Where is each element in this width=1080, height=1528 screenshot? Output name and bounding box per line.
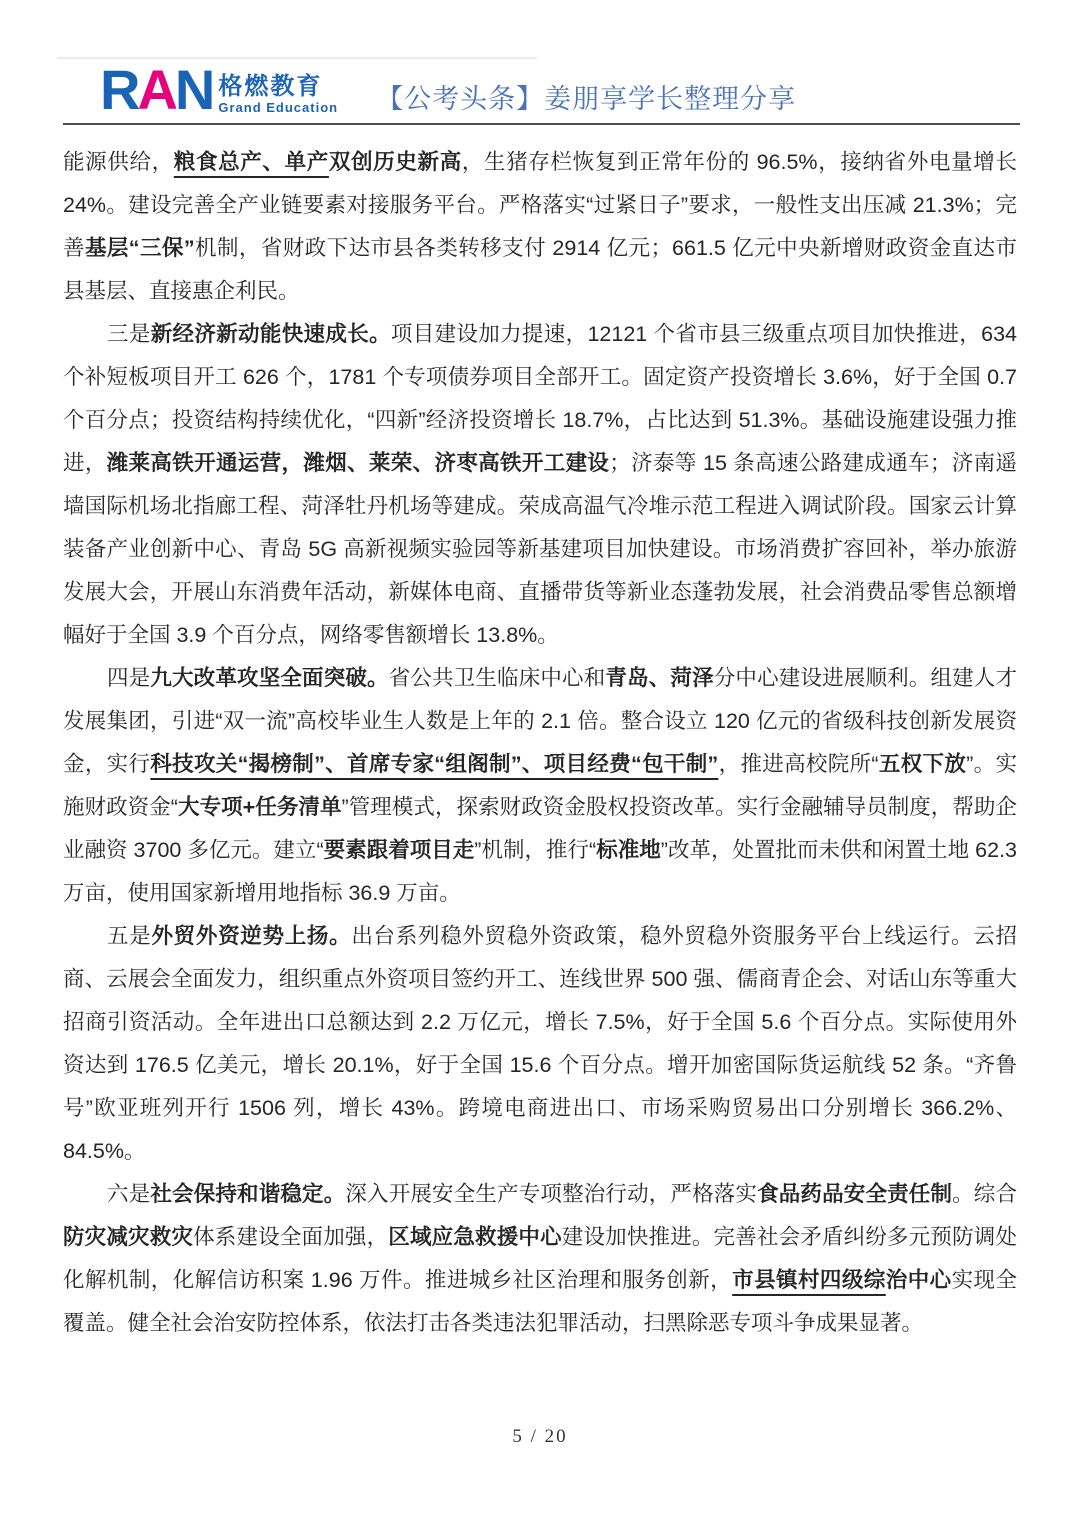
text-run: 防灾减灾救灾 — [63, 1225, 193, 1249]
text-run: 市县镇村四级综 — [732, 1268, 886, 1292]
text-run: 省公共卫生临床中心和 — [389, 666, 606, 690]
paragraph: 三是新经济新动能快速成长。项目建设加力提速，12121 个省市县三级重点项目加快… — [63, 313, 1017, 657]
page-number-current: 5 — [512, 1426, 524, 1447]
document-page: RAN 格燃教育 Grand Education 【公考头条】姜朋享学长整理分享… — [0, 0, 1080, 1528]
text-run: 粮食总产、单产 — [174, 150, 329, 174]
text-run: 四是 — [107, 666, 150, 690]
text-run: 能源供给， — [63, 150, 174, 174]
brand-name-cn: 格燃教育 — [218, 74, 338, 100]
text-run: 五是 — [107, 924, 151, 948]
header-row: RAN 格燃教育 Grand Education 【公考头条】姜朋享学长整理分享 — [63, 0, 1020, 125]
text-run: 深入开展安全生产专项整治行动，严格落实 — [345, 1182, 757, 1206]
text-run: ，推进高校院所“ — [718, 752, 878, 776]
text-run: 区域应急救援中心 — [388, 1225, 561, 1249]
page-footer: 5 / 20 — [0, 1426, 1080, 1448]
text-run: 标准地 — [596, 838, 661, 862]
document-body: 能源供给，粮食总产、单产双创历史新高，生猪存栏恢复到正常年份的 96.5%，接纳… — [63, 141, 1017, 1345]
text-run: 食品药品安全责任制 — [757, 1182, 952, 1206]
logo-letter-a: A — [137, 58, 174, 121]
text-run: 体系建设全面加强， — [193, 1225, 388, 1249]
paragraph: 四是九大改革攻坚全面突破。省公共卫生临床中心和青岛、菏泽分中心建设进展顺利。组建… — [63, 657, 1017, 915]
text-run: 青岛、菏泽 — [605, 666, 713, 690]
paragraph: 六是社会保持和谐稳定。深入开展安全生产专项整治行动，严格落实食品药品安全责任制。… — [63, 1173, 1017, 1345]
logo-letters-icon: RAN — [100, 62, 212, 118]
text-run: 外贸外资逆势上扬。 — [151, 924, 351, 948]
text-run: 三是 — [107, 322, 151, 346]
text-run: 九大改革攻坚全面突破。 — [150, 666, 388, 690]
paragraph: 能源供给，粮食总产、单产双创历史新高，生猪存栏恢复到正常年份的 96.5%，接纳… — [63, 141, 1017, 313]
paragraph: 五是外贸外资逆势上扬。出台系列稳外贸稳外资政策，稳外贸稳外资服务平台上线运行。云… — [63, 915, 1017, 1173]
text-run: 治中心 — [886, 1268, 952, 1292]
text-run: 新经济新动能快速成长。 — [151, 322, 391, 346]
text-run: ；济泰等 15 条高速公路建成通车；济南遥墙国际机场北指廊工程、菏泽牡丹机场等建… — [63, 451, 1017, 647]
text-run: 大专项+任务清单 — [178, 795, 342, 819]
text-run: 。综合 — [952, 1182, 1017, 1206]
text-run: 基层“三保” — [85, 236, 195, 260]
text-run: 五权下放 — [879, 752, 967, 776]
text-run: 出台系列稳外贸稳外资政策，稳外贸稳外资服务平台上线运行。云招商、云展会全面发力，… — [63, 924, 1017, 1163]
page-header: RAN 格燃教育 Grand Education 【公考头条】姜朋享学长整理分享 — [63, 0, 1020, 125]
text-run: 科技攻关“揭榜制”、首席专家“组阁制”、项目经费“包干制” — [150, 752, 718, 776]
header-tagline: 【公考头条】姜朋享学长整理分享 — [376, 77, 796, 118]
page-number-total: 20 — [545, 1426, 568, 1447]
text-run: 机制，省财政下达市县各类转移支付 2914 亿元；661.5 亿元中央新增财政资… — [63, 236, 1017, 303]
text-run: 双创历史新高 — [329, 150, 462, 174]
text-run: 社会保持和谐稳定。 — [150, 1182, 345, 1206]
logo-letter-n: N — [175, 58, 212, 121]
brand-name-en: Grand Education — [218, 100, 338, 116]
brand-logo: RAN 格燃教育 Grand Education — [100, 62, 338, 118]
text-run: 六是 — [107, 1182, 150, 1206]
text-run: 潍莱高铁开通运营，潍烟、莱荣、济枣高铁开工建设 — [107, 451, 610, 475]
text-run: 要素跟着项目走 — [324, 838, 475, 862]
text-run: ”机制，推行“ — [474, 838, 596, 862]
page-number-separator: / — [531, 1426, 538, 1447]
logo-letter-r: R — [100, 58, 137, 121]
logo-wordmark: 格燃教育 Grand Education — [218, 74, 338, 118]
